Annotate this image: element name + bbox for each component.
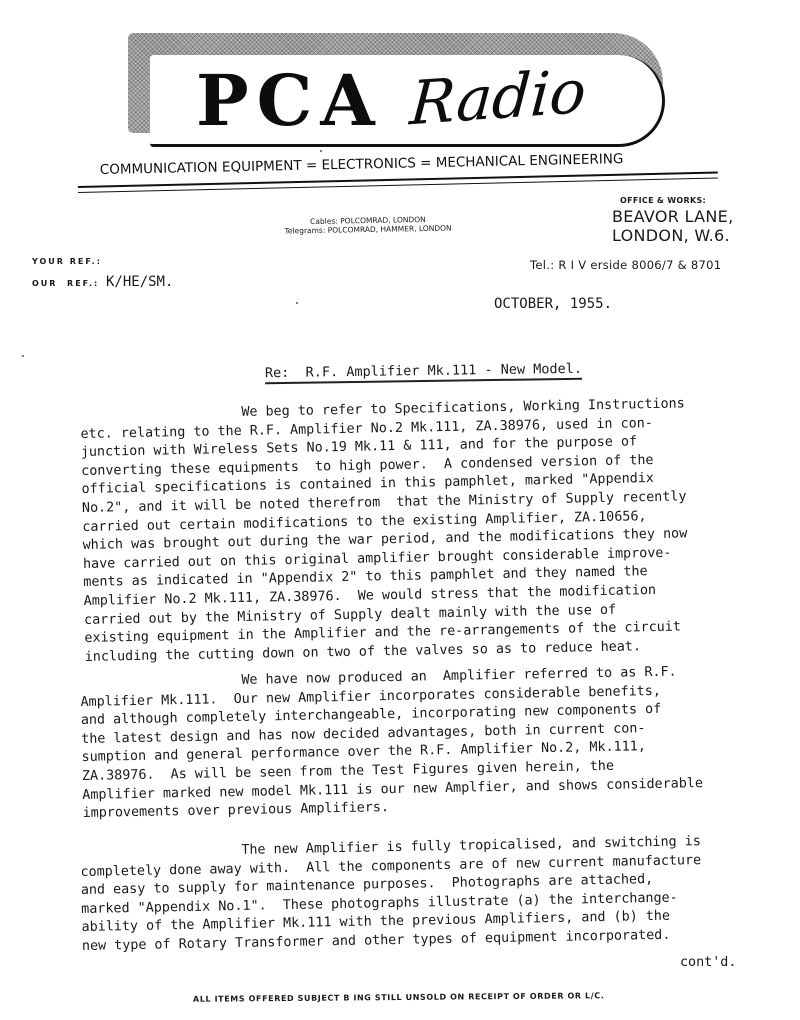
scan-speck (296, 302, 298, 304)
our-ref-row: OUR REF.: K/HE/SM. (32, 272, 173, 294)
logo-script-text: Radio (408, 57, 589, 140)
our-ref-label: OUR REF.: (32, 279, 99, 288)
subject-line: Re: R.F. Amplifier Mk.111 - New Model. (265, 361, 582, 384)
company-logo: PCA Radio (128, 33, 668, 153)
office-label: OFFICE & WORKS: (620, 196, 706, 205)
body-paragraph-1: We beg to refer to Specifications, Worki… (80, 394, 785, 668)
address-line-2: LONDON, W.6. (612, 226, 733, 245)
scan-speck (320, 150, 322, 152)
body-paragraph-2: We have now produced an Amplifier referr… (80, 662, 783, 824)
your-ref-row: YOUR REF.: (32, 250, 173, 272)
office-address: BEAVOR LANE, LONDON, W.6. (612, 207, 733, 245)
continuation-marker: cont'd. (680, 955, 736, 970)
scan-speck (22, 355, 24, 357)
our-ref-value: K/HE/SM. (106, 274, 173, 290)
logo-brand-text: PCA (196, 61, 383, 141)
body-paragraph-3: The new Amplifier is fully tropicalised,… (80, 832, 782, 957)
letter-date: OCTOBER, 1955. (494, 296, 612, 312)
footer-disclaimer: ALL ITEMS OFFERED SUBJECT B ING STILL UN… (193, 991, 604, 1004)
address-line-1: BEAVOR LANE, (612, 207, 733, 226)
reference-block: YOUR REF.: OUR REF.: K/HE/SM. (32, 250, 173, 294)
cable-addresses: Cables: POLCOMRAD, LONDON Telegrams: POL… (258, 214, 478, 236)
your-ref-label: YOUR REF.: (32, 257, 102, 266)
telephone-number: Tel.: R I V erside 8006/7 & 8701 (530, 258, 721, 272)
